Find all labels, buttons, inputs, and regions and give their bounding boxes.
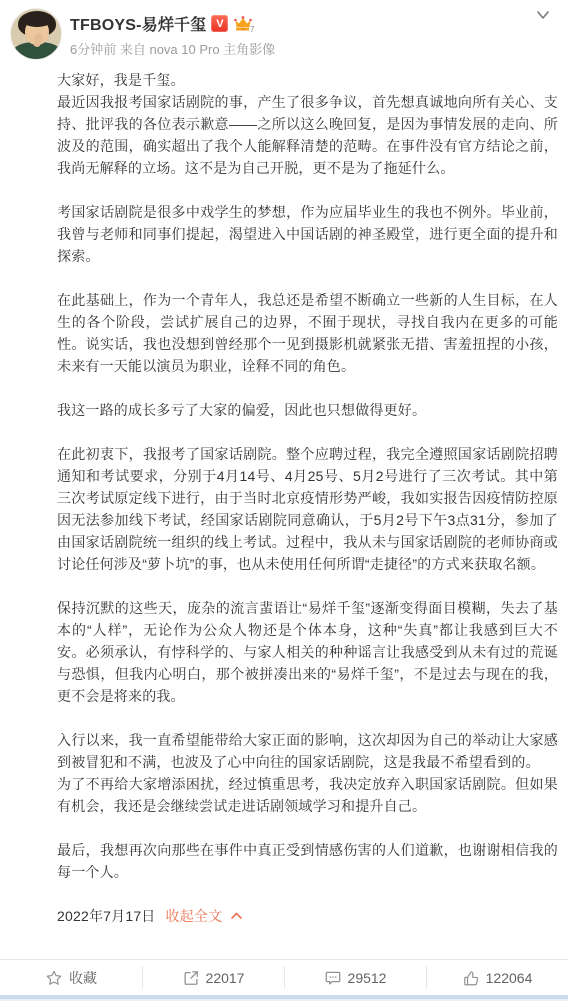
post-paragraph: 入行以来，我一直希望能带给大家正面的影响，这次却因为自己的举动让大家感到被冒犯和… [57, 729, 558, 773]
comment-button[interactable]: 29512 [284, 960, 426, 995]
post-paragraph: 在此基础上，作为一个青年人，我总还是希望不断确立一些新的人生目标，在人生的各个阶… [57, 289, 558, 377]
verified-v-icon: V [211, 15, 228, 32]
post-paragraph: 为了不再给大家增添困扰，经过慎重思考，我决定放弃入职国家话剧院。但如果有机会，我… [57, 773, 558, 817]
username-row: TFBOYS-易烊千玺 V 7 [70, 12, 275, 35]
post-paragraph: 大家好，我是千玺。 [57, 69, 558, 91]
avatar[interactable] [10, 8, 62, 60]
thumbs-up-icon [462, 969, 480, 987]
favorite-label: 收藏 [69, 968, 97, 988]
like-count: 122064 [486, 970, 533, 986]
username[interactable]: TFBOYS-易烊千玺 [70, 12, 206, 35]
collapse-full-text-link[interactable]: 收起全文 [166, 905, 223, 927]
weibo-post-card: TFBOYS-易烊千玺 V 7 6分钟前 来自 [0, 0, 568, 1001]
post-source: 来自 nova 10 Pro 主角影像 [120, 42, 275, 57]
post-paragraph: 在此初衷下，我报考了国家话剧院。整个应聘过程，我完全遵照国家话剧院招聘通知和考试… [57, 443, 558, 575]
next-card-divider [0, 995, 568, 1001]
post-paragraphs: 大家好，我是千玺。最近因我报考国家话剧院的事，产生了很多争议，首先想真诚地向所有… [57, 69, 558, 883]
post-body: 大家好，我是千玺。最近因我报考国家话剧院的事，产生了很多争议，首先想真诚地向所有… [0, 60, 568, 939]
vip-level: 7 [249, 26, 255, 34]
repost-count: 22017 [206, 970, 245, 986]
avatar-art [23, 15, 51, 27]
post-paragraph: 保持沉默的这些天，庞杂的流言蜚语让“易烊千玺”逐渐变得面目模糊，失去了基本的“人… [57, 597, 558, 707]
post-paragraph: 最近因我报考国家话剧院的事，产生了很多争议，首先想真诚地向所有关心、支持、批评我… [57, 91, 558, 179]
star-icon [45, 969, 63, 987]
vip-crown-icon: 7 [233, 15, 253, 33]
post-paragraph: 最后，我想再次向那些在事件中真正受到情感伤害的人们道歉，也谢谢相信我的每一个人。 [57, 839, 558, 883]
post-date: 2022年7月17日 [57, 905, 156, 927]
chevron-up-icon[interactable] [230, 911, 243, 921]
post-header: TFBOYS-易烊千玺 V 7 6分钟前 来自 [0, 0, 568, 60]
post-paragraph: 考国家话剧院是很多中戏学生的梦想，作为应届毕业生的我也不例外。毕业前，我曾与老师… [57, 201, 558, 267]
comment-bubble-icon [324, 969, 342, 987]
like-button[interactable]: 122064 [426, 960, 568, 995]
repost-icon [182, 969, 200, 987]
post-meta: 6分钟前 来自 nova 10 Pro 主角影像 [70, 39, 275, 58]
post-time: 6分钟前 [70, 42, 116, 57]
action-bar: 收藏 22017 29512 122064 [0, 959, 568, 995]
header-text: TFBOYS-易烊千玺 V 7 6分钟前 来自 [70, 8, 275, 60]
post-paragraph: 我这一路的成长多亏了大家的偏爱，因此也只想做得更好。 [57, 399, 558, 421]
repost-button[interactable]: 22017 [142, 960, 284, 995]
chevron-down-icon[interactable] [534, 8, 552, 27]
favorite-button[interactable]: 收藏 [0, 960, 142, 995]
comment-count: 29512 [348, 970, 387, 986]
date-row: 2022年7月17日 收起全文 [57, 905, 558, 927]
